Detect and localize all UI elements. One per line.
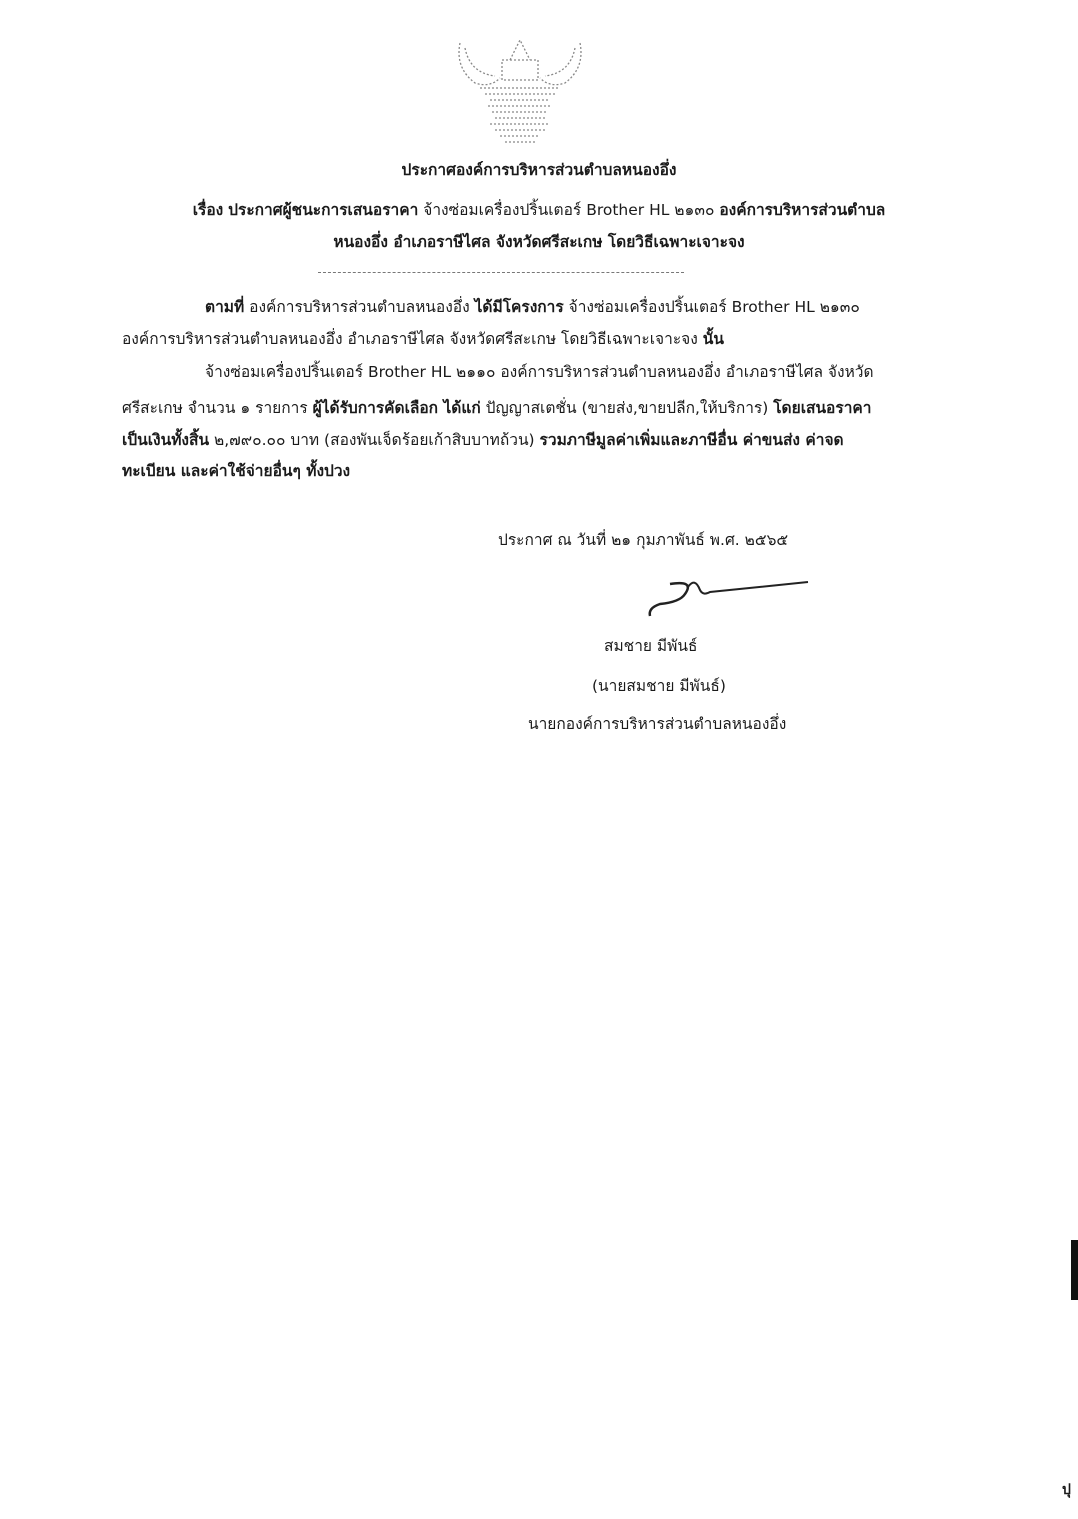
signature-icon <box>640 572 810 622</box>
signer-full-name: (นายสมชาย มีพันธ์) <box>592 676 726 696</box>
issuer-heading: ประกาศองค์การบริหารส่วนตำบลหนองอึ่ง <box>0 160 1078 180</box>
paragraph-2-line-3: เป็นเงินทั้งสิ้น ๒,๗๙๐.๐๐ บาท (สองพันเจ็… <box>122 430 844 450</box>
subject-org: องค์การบริหารส่วนตำบล <box>719 201 885 219</box>
corner-mark: ปุ <box>1062 1480 1071 1500</box>
signer-title: นายกองค์การบริหารส่วนตำบลหนองอึ่ง <box>528 714 786 734</box>
paragraph-1-line-2: องค์การบริหารส่วนตำบลหนองอึ่ง อำเภอราษีไ… <box>122 329 724 349</box>
paragraph-1-line-1: ตามที่ องค์การบริหารส่วนตำบลหนองอึ่ง ได้… <box>205 297 860 317</box>
divider <box>318 272 684 273</box>
subject-line-1: เรื่อง ประกาศผู้ชนะการเสนอราคา จ้างซ่อมเ… <box>0 200 1078 220</box>
paragraph-2-line-2: ศรีสะเกษ จำนวน ๑ รายการ ผู้ได้รับการคัดเ… <box>122 398 871 418</box>
garuda-emblem-icon <box>440 28 600 148</box>
subject-label: เรื่อง <box>193 201 224 219</box>
subject-title: ประกาศผู้ชนะการเสนอราคา <box>228 201 418 219</box>
signer-name: สมชาย มีพันธ์ <box>604 636 697 656</box>
scan-edge-mark <box>1071 1240 1078 1300</box>
announcement-date: ประกาศ ณ วันที่ ๒๑ กุมภาพันธ์ พ.ศ. ๒๕๖๕ <box>498 530 788 550</box>
paragraph-2-line-4: ทะเบียน และค่าใช้จ่ายอื่นๆ ทั้งปวง <box>122 461 350 481</box>
subject-project: จ้างซ่อมเครื่องปริ้นเตอร์ Brother HL ๒๑๓… <box>423 201 714 219</box>
paragraph-2-line-1: จ้างซ่อมเครื่องปริ้นเตอร์ Brother HL ๒๑๑… <box>205 362 874 382</box>
subject-line-2: หนองอึ่ง อำเภอราษีไศล จังหวัดศรีสะเกษ โด… <box>0 232 1078 252</box>
